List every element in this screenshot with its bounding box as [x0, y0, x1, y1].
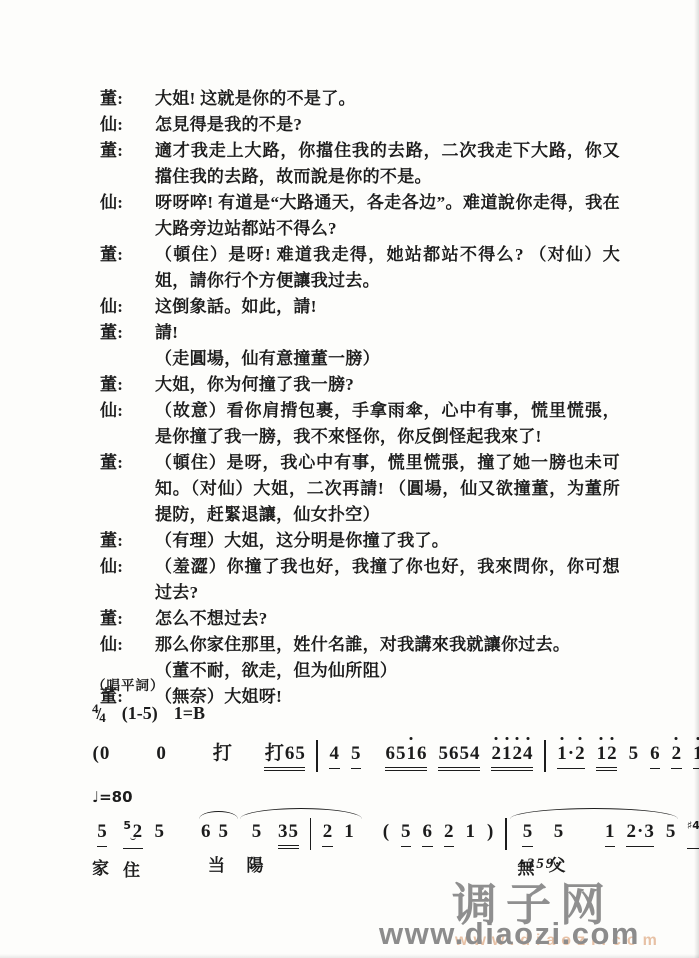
slur-arc	[510, 808, 678, 819]
prelude-range: (1-5)	[122, 703, 158, 724]
stage-direction: （走圓場，仙有意撞董一膀）	[155, 346, 620, 372]
speaker-label: 仙:	[100, 112, 155, 138]
dialogue-line: 董:適才我走上大路，你擋住我的去路，二次我走下大路，你又擋住我的去路，故而說是你…	[100, 138, 620, 190]
dialogue-text: 那么你家住那里，姓什名誰，对我講來我就讓你过去。	[155, 632, 620, 658]
note-token: 打65	[264, 742, 305, 771]
lyric: 家	[92, 854, 112, 879]
dialogue-section: 董:大姐! 这就是你的不是了。仙:怎見得是我的不是?董:適才我走上大路，你擋住我…	[100, 86, 620, 710]
music-line-prelude: (00打打65456516565421241·21256216)	[92, 742, 652, 772]
note-token: (	[382, 820, 389, 874]
dialogue-text: 呀呀啐! 有道是“大路通天，各走各边”。难道說你走得，我在大路旁边站都站不得么?	[155, 190, 620, 242]
speaker-label: 董:	[100, 86, 155, 112]
note-token: 5	[628, 742, 639, 766]
dialogue-text: （頓住）是呀! 难道我走得，她站都站不得么? （对仙）大姐，請你行个方便讓我过去…	[155, 242, 620, 294]
dialogue-line: （走圓場，仙有意撞董一膀）	[100, 346, 620, 372]
lyric: 当	[208, 851, 228, 876]
note-token: 1·2	[557, 742, 585, 769]
grace-note: 5	[123, 814, 131, 838]
note-token: 5	[351, 742, 362, 769]
speaker-label: 仙:	[100, 632, 155, 658]
note-token: 2124	[491, 742, 533, 771]
dialogue-line: 仙:怎見得是我的不是?	[100, 112, 620, 138]
barline	[505, 818, 507, 850]
dialogue-text: 請!	[155, 320, 620, 346]
speaker-label: 仙:	[100, 398, 155, 424]
note-token: 2	[322, 820, 333, 877]
barline	[310, 818, 312, 850]
speaker-label: 仙:	[100, 294, 155, 320]
tempo-marking: ♩=80	[92, 788, 652, 806]
barline	[544, 740, 546, 772]
barline	[316, 740, 318, 772]
dialogue-text: （有理）大姐，这分明是你撞了我了。	[155, 528, 620, 554]
speaker-label: 董:	[100, 138, 155, 164]
lyric: 住	[123, 856, 143, 881]
note-token: )	[487, 820, 494, 874]
note-token: ♯45	[687, 820, 699, 879]
note-token: 6	[422, 820, 433, 877]
dialogue-text: 大姐! 这就是你的不是了。	[155, 86, 620, 112]
dialogue-line: 董:請!	[100, 320, 620, 346]
note-token: (0	[92, 742, 110, 766]
dialogue-text: 这倒象話。如此，請!	[155, 294, 620, 320]
speaker-label: 仙:	[100, 554, 155, 580]
note-token: 打	[212, 742, 232, 766]
note-token: 2·3	[626, 820, 654, 877]
speaker-label: 董:	[100, 528, 155, 554]
slur-arc	[240, 808, 362, 819]
dialogue-text: 怎么不想过去?	[155, 606, 620, 632]
note-token: 65当	[201, 820, 236, 876]
music-section: （唱平詞） 4/4 (1-5) 1=B (00打打654565165654212…	[92, 674, 652, 881]
note-token: 5654	[438, 742, 480, 771]
dialogue-line: 董:（頓住）是呀，我心中有事，慌里慌張，撞了她一膀也未可知。（对仙）大姐，二次再…	[100, 450, 620, 528]
dialogue-text: （羞澀）你撞了我也好，我撞了你也好，我來問你，你可想过去?	[155, 554, 620, 606]
note-token: 5	[665, 820, 676, 874]
music-section-label: （唱平詞）	[92, 674, 652, 694]
speaker-label: 仙:	[100, 190, 155, 216]
music-header: 4/4 (1-5) 1=B	[92, 701, 652, 726]
key-signature: 1=B	[174, 703, 205, 724]
dialogue-line: 仙:（羞澀）你撞了我也好，我撞了你也好，我來問你，你可想过去?	[100, 554, 620, 606]
note-token: 1	[465, 820, 476, 874]
speaker-label: 董:	[100, 606, 155, 632]
dialogue-text: 適才我走上大路，你擋住我的去路，二次我走下大路，你又擋住我的去路，故而說是你的不…	[155, 138, 620, 190]
note-token: 5家	[92, 820, 112, 879]
note-token: 2	[671, 742, 682, 769]
speaker-label: 董:	[100, 320, 155, 346]
grace-note: ♯4	[687, 814, 699, 838]
dialogue-line: 仙:这倒象話。如此，請!	[100, 294, 620, 320]
dialogue-line: 董:大姐! 这就是你的不是了。	[100, 86, 620, 112]
dialogue-line: 董:（有理）大姐，这分明是你撞了我了。	[100, 528, 620, 554]
note-token: 35	[278, 820, 299, 879]
note-token: 5	[154, 820, 165, 874]
dialogue-text: 大姐，你为何撞了我一膀?	[155, 372, 620, 398]
dialogue-text: （故意）看你肩揹包裹，手拿雨傘，心中有事，慌里慌張，是你撞了我一膀，我不來怪你，…	[155, 398, 620, 450]
note-token: 5	[401, 820, 412, 877]
dialogue-line: 仙:那么你家住那里，姓什名誰，对我講來我就讓你过去。	[100, 632, 620, 658]
dialogue-line: 仙:（故意）看你肩揹包裹，手拿雨傘，心中有事，慌里慌張，是你撞了我一膀，我不來怪…	[100, 398, 620, 450]
speaker-label: 董:	[100, 450, 155, 476]
watermark-site-url: www.diaozi.com	[379, 916, 640, 952]
dialogue-text: （頓住）是呀，我心中有事，慌里慌張，撞了她一膀也未可知。（对仙）大姐，二次再請!…	[155, 450, 620, 528]
time-signature: 4/4	[92, 701, 106, 726]
speaker-label: 董:	[100, 242, 155, 268]
lyric: 陽	[247, 851, 267, 876]
dialogue-line: 董:大姐，你为何撞了我一膀?	[100, 372, 620, 398]
note-token: 1	[344, 820, 355, 874]
speaker-label: 董:	[100, 372, 155, 398]
note-token: 12	[596, 742, 617, 771]
dialogue-line: 仙:呀呀啐! 有道是“大路通天，各走各边”。难道說你走得，我在大路旁边站都站不得…	[100, 190, 620, 242]
note-token: 6516	[385, 742, 427, 771]
note-token: 52住	[123, 820, 143, 881]
dialogue-text: 怎見得是我的不是?	[155, 112, 620, 138]
note-token: 6	[650, 742, 661, 769]
note-token: 0	[156, 742, 167, 766]
note-token: 4	[329, 742, 340, 769]
scanned-script-page: 董:大姐! 这就是你的不是了。仙:怎見得是我的不是?董:適才我走上大路，你擋住我…	[0, 0, 699, 958]
note-token: 1	[693, 742, 699, 769]
dialogue-line: 董:怎么不想过去?	[100, 606, 620, 632]
dialogue-line: 董:（頓住）是呀! 难道我走得，她站都站不得么? （对仙）大姐，請你行个方便讓我…	[100, 242, 620, 294]
note-token: 5陽	[247, 820, 267, 876]
